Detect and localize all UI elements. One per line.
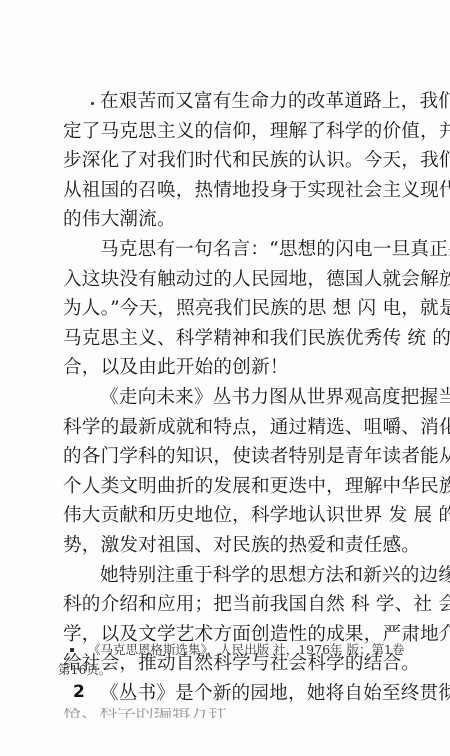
text-line: 她特别注重于科学的思想方法和新兴的边缘学 [63, 561, 393, 591]
text-line: 《丛书》是个新的园地，她将自始至终贯彻严 [63, 679, 393, 709]
text-line: 的各门学科的知识，使读者特别是青年读者能从整 [63, 442, 393, 472]
paragraph-3: 《走向未来》丛书力图从世界观高度把握当代 科学的最新成就和特点，通过精选、咀嚼、… [63, 383, 393, 561]
text-line: 步深化了对我们时代和民族的认识。今天，我们听 [63, 146, 393, 176]
page-number: 2 [73, 682, 85, 702]
text-line: 伟大贡献和历史地位，科学地认识世界 发 展 的 趋 [63, 501, 393, 531]
footnote-text: 《马克思恩格斯选集》，人民出版 社，1976年 版；第1卷 [88, 642, 404, 657]
text-line: 在艰苦而又富有生命力的改革道路上，我们坚 [63, 87, 393, 117]
text-line: 科学的最新成就和特点，通过精选、咀嚼、消化了 [63, 413, 393, 443]
text-line: 科的介绍和应用；把当前我国自然 科 学、社 会 科 [63, 590, 393, 620]
text-line: 的伟大潮流。 [63, 205, 393, 235]
text-line: 合，以及由此开始的创新！ [63, 353, 393, 383]
text-line: 个人类文明曲折的发展和更迭中，理解中华民族的 [63, 472, 393, 502]
text-line: 《走向未来》丛书力图从世界观高度把握当代 [63, 383, 393, 413]
text-line: 马克思有一句名言：“思想的闪电一旦真正射 [63, 235, 393, 265]
footnote-marker-icon [70, 648, 74, 652]
book-page: 在艰苦而又富有生命力的改革道路上，我们坚 定了马克思主义的信仰，理解了科学的价值… [0, 0, 450, 756]
scan-speck [141, 692, 143, 694]
paragraph-5: 《丛书》是个新的园地，她将自始至终贯彻严 格、科学的编辑方针 [63, 679, 393, 719]
footnote-line: 第16页。 [58, 660, 390, 680]
text-line: 定了马克思主义的信仰，理解了科学的价值，并逐 [63, 117, 393, 147]
cut-off-text-line: 格、科学的编辑方针 [63, 708, 393, 718]
text-line: 为人。”今天，照亮我们民族的思 想 闪 电，就是 [63, 294, 393, 324]
paragraph-2: 马克思有一句名言：“思想的闪电一旦真正射 入这块没有触动过的人民园地，德国人就会… [63, 235, 393, 383]
footnote-line: 《马克思恩格斯选集》，人民出版 社，1976年 版；第1卷 [60, 640, 390, 660]
text-line: 马克思主义、科学精神和我们民族优秀传 统 的 结 [63, 324, 393, 354]
paragraph-1: 在艰苦而又富有生命力的改革道路上，我们坚 定了马克思主义的信仰，理解了科学的价值… [63, 87, 393, 235]
footnote: 《马克思恩格斯选集》，人民出版 社，1976年 版；第1卷 第16页。 [60, 640, 390, 680]
text-line: 入这块没有触动过的人民园地，德国人就会解放成 [63, 265, 393, 295]
text-line: 从祖国的召唤，热情地投身于实现社会主义现代化 [63, 176, 393, 206]
text-line: 势，激发对祖国、对民族的热爱和责任感。 [63, 531, 393, 561]
body-text: 在艰苦而又富有生命力的改革道路上，我们坚 定了马克思主义的信仰，理解了科学的价值… [63, 87, 393, 718]
